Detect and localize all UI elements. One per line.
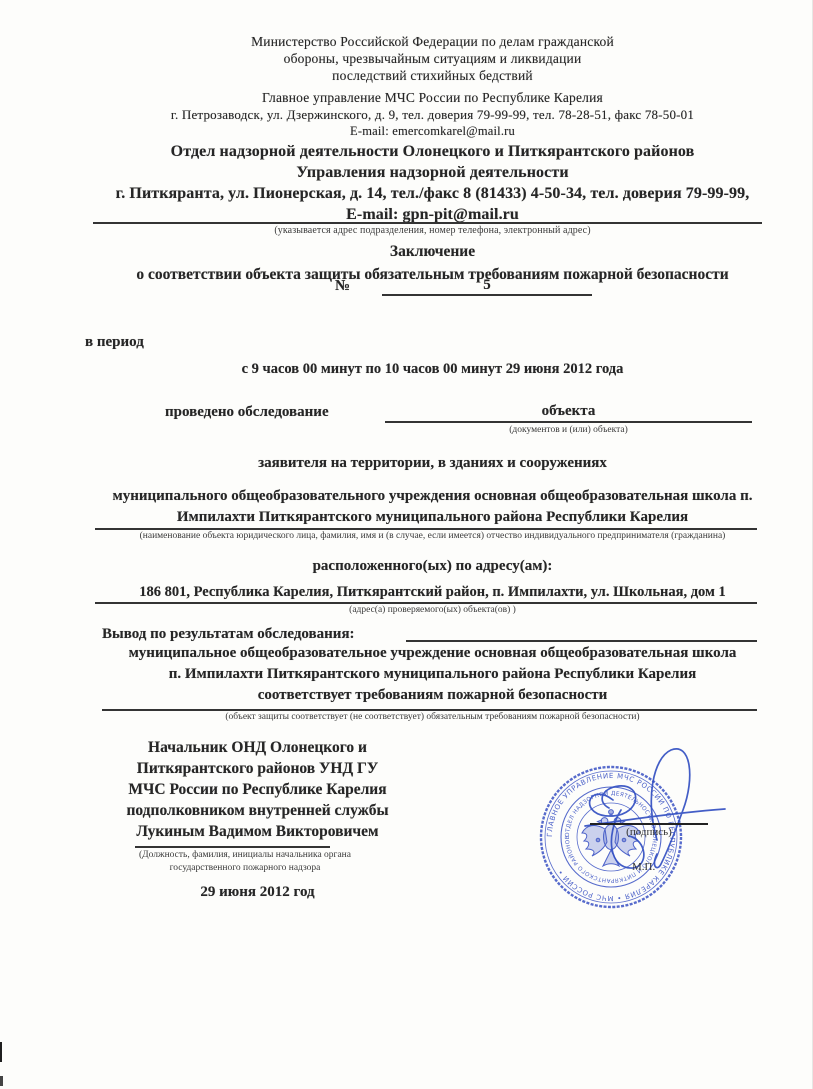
document-date: 29 июня 2012 год xyxy=(85,884,430,901)
object-name-line-1: муниципального общеобразовательного учре… xyxy=(52,486,813,507)
signatory-caption: (Должность, фамилия, инициалы начальника… xyxy=(90,849,400,875)
conclusion-caption: (объект защиты соответствует (не соответ… xyxy=(52,712,813,722)
ministry-line-1: Министерство Российской Федерации по дел… xyxy=(52,33,813,50)
signatory-line-4: подполковником внутренней службы xyxy=(85,800,430,821)
ministry-line-2: обороны, чрезвычайным ситуациям и ликвид… xyxy=(52,50,813,67)
signature-line xyxy=(590,823,708,825)
object-name-caption: (наименование объекта юридического лица,… xyxy=(52,531,813,541)
department-caption: (указывается адрес подразделения, номер … xyxy=(52,225,813,236)
survey-label: проведено обследование xyxy=(165,404,329,421)
document-title: Заключение xyxy=(52,243,813,261)
scan-artifact-left-edge xyxy=(0,1042,2,1062)
department-header: Отдел надзорной деятельности Олонецкого … xyxy=(52,141,813,225)
address-value: 186 801, Республика Карелия, Питкярантск… xyxy=(52,584,813,601)
address-underline xyxy=(95,602,757,604)
period-label: в период xyxy=(85,334,144,351)
conclusion-text: муниципальное общеобразовательное учрежд… xyxy=(52,643,813,706)
object-name: муниципального общеобразовательного учре… xyxy=(52,486,813,528)
signatory-underline xyxy=(135,846,330,848)
number-underline xyxy=(382,294,592,296)
conclusion-label-line xyxy=(406,640,757,642)
round-stamp-icon: ГЛАВНОЕ УПРАВЛЕНИЕ МЧС РОССИИ ПО РЕСПУБЛ… xyxy=(525,740,780,955)
conclusion-line-2: п. Импилахти Питкярантского муниципально… xyxy=(52,664,813,685)
main-office-name: Главное управление МЧС России по Республ… xyxy=(52,89,813,106)
signatory-line-3: МЧС России по Республике Карелия xyxy=(85,779,430,800)
address-label: расположенного(ых) по адресу(ам): xyxy=(52,558,813,575)
number-value: 5 xyxy=(382,277,592,294)
department-line-2: Управления надзорной деятельности xyxy=(52,162,813,183)
signatory-line-5: Лукиным Вадимом Викторовичем xyxy=(85,821,430,842)
department-line-1: Отдел надзорной деятельности Олонецкого … xyxy=(52,141,813,162)
signatory-block: Начальник ОНД Олонецкого и Питкярантског… xyxy=(85,737,430,842)
conclusion-underline xyxy=(102,709,757,711)
number-label: № xyxy=(335,278,350,295)
survey-underline xyxy=(385,421,752,423)
scan-artifact-left-corner xyxy=(0,1076,3,1086)
signatory-caption-line-1: (Должность, фамилия, инициалы начальника… xyxy=(90,849,400,862)
conclusion-line-3: соответствует требованиям пожарной безоп… xyxy=(52,685,813,706)
applicant-line: заявителя на территории, в зданиях и соо… xyxy=(52,455,813,472)
stamp-place-label: М.П. xyxy=(632,861,655,873)
scanned-document-page: Министерство Российской Федерации по дел… xyxy=(0,0,813,1089)
survey-caption: (документов и (или) объекта) xyxy=(385,425,752,435)
stamp-and-signature: ГЛАВНОЕ УПРАВЛЕНИЕ МЧС РОССИИ ПО РЕСПУБЛ… xyxy=(525,740,780,955)
department-line-3: г. Питкяранта, ул. Пионерская, д. 14, те… xyxy=(52,183,813,204)
signatory-caption-line-2: государственного пожарного надзора xyxy=(90,862,400,875)
main-office-address: г. Петрозаводск, ул. Дзержинского, д. 9,… xyxy=(52,106,813,123)
object-name-line-2: Импилахти Питкярантского муниципального … xyxy=(52,507,813,528)
ministry-header: Министерство Российской Федерации по дел… xyxy=(52,33,813,84)
ministry-line-3: последствий стихийных бедствий xyxy=(52,67,813,84)
object-name-underline xyxy=(95,528,757,530)
address-caption: (адрес(а) проверяемого(ых) объекта(ов) ) xyxy=(52,605,813,615)
main-office-header: Главное управление МЧС России по Республ… xyxy=(52,89,813,140)
conclusion-line-1: муниципальное общеобразовательное учрежд… xyxy=(52,643,813,664)
signatory-line-2: Питкярантского районов УНД ГУ xyxy=(85,758,430,779)
survey-value: объекта xyxy=(385,403,752,420)
main-office-email: E-mail: emercomkarel@mail.ru xyxy=(52,123,813,140)
header-underline xyxy=(93,222,762,224)
signature-caption: (подпись) xyxy=(590,826,708,838)
conclusion-label: Вывод по результатам обследования: xyxy=(102,626,355,643)
signatory-line-1: Начальник ОНД Олонецкого и xyxy=(85,737,430,758)
period-value: с 9 часов 00 минут по 10 часов 00 минут … xyxy=(52,361,813,378)
